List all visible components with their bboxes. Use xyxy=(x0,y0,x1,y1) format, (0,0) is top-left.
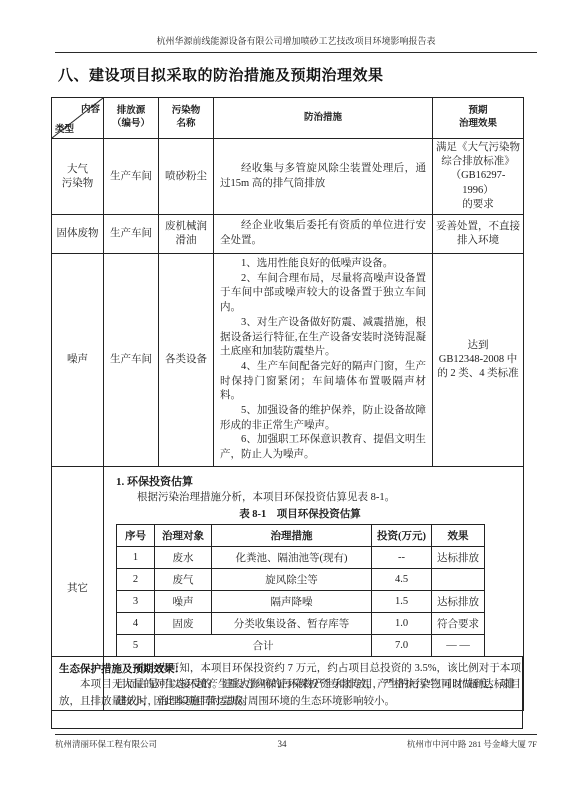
page-title: 八、建设项目拟采取的防治措施及预期治理效果 xyxy=(58,64,384,85)
noise-measure-5: 5、加强设备的维护保养，防止设备故障形成的非正常生产噪声。 xyxy=(220,404,426,433)
invest-cell: 固废 xyxy=(155,612,212,634)
row-noise: 噪声 生产车间 各类设备 1、选用性能良好的低噪声设备。 2、车间合理布局，尽量… xyxy=(52,254,524,467)
footer-address: 杭州市中河中路 281 号金峰大厦 7F xyxy=(407,738,537,750)
solid-measure-text: 经企业收集后委托有资质的单位进行安全处置。 xyxy=(220,219,426,248)
table-header-row: 内容 类型 排放源 （编号） 污染物 名称 防治措施 预期 治理效果 xyxy=(52,98,524,139)
invest-cell: 达标排放 xyxy=(432,546,485,568)
invest-table: 序号 治理对象 治理措施 投资(万元) 效果 1 废水 化粪池、隔油池等(现有)… xyxy=(116,524,485,657)
invest-row-wastegas: 2 废气 旋风除尘等 4.5 xyxy=(117,568,485,590)
invest-row-noise: 3 噪声 隔声降噪 1.5 达标排放 xyxy=(117,590,485,612)
invest-cell: -- xyxy=(372,546,432,568)
row-solid-waste: 固体废物 生产车间 废机械润 滑油 经企业收集后委托有资质的单位进行安全处置。 … xyxy=(52,215,524,254)
corner-header-cell: 内容 类型 xyxy=(52,98,104,139)
solid-type-label: 固体废物 xyxy=(52,215,104,254)
corner-label-content: 内容 xyxy=(81,101,100,115)
invest-section-intro: 根据污染治理措施分析，本项目环保投资估算见表 8-1。 xyxy=(116,490,520,506)
header-effect: 预期 治理效果 xyxy=(433,98,524,139)
invest-cell: 达标排放 xyxy=(432,590,485,612)
invest-cell xyxy=(432,568,485,590)
invest-table-caption: 表 8-1 项目环保投资估算 xyxy=(116,506,484,523)
air-measure-text: 经收集与多管旋风除尘装置处理后，通过15m 高的排气筒排放 xyxy=(220,162,426,191)
header-measures: 防治措施 xyxy=(214,98,433,139)
noise-measure-2: 2、车间合理布局，尽量将高噪声设备置于车间中部或噪声较大的设备置于独立车间内。 xyxy=(220,272,426,316)
eco-section-heading: 生态保护措施及预期效果： xyxy=(59,661,515,677)
invest-header-effect: 效果 xyxy=(432,524,485,546)
noise-measure-cell: 1、选用性能良好的低噪声设备。 2、车间合理布局，尽量将高噪声设备置于车间中部或… xyxy=(214,254,433,467)
invest-cell: 废水 xyxy=(155,546,212,568)
invest-header-measure: 治理措施 xyxy=(212,524,372,546)
invest-cell: 4.5 xyxy=(372,568,432,590)
air-pollutant: 喷砂粉尘 xyxy=(159,139,214,215)
noise-measure-4: 4、生产车间配备完好的隔声门窗，生产时保持门窗紧闭；车间墙体布置吸隔声材料。 xyxy=(220,360,426,404)
invest-header-row: 序号 治理对象 治理措施 投资(万元) 效果 xyxy=(117,524,485,546)
noise-measure-3: 3、对生产设备做好防震、减震措施，根据设备运行特征,在生产设备安装时浇铸混凝土底… xyxy=(220,316,426,360)
invest-header-no: 序号 xyxy=(117,524,155,546)
invest-cell: 分类收集设备、暂存库等 xyxy=(212,612,372,634)
solid-pollutant: 废机械润 滑油 xyxy=(159,215,214,254)
header-pollutant: 污染物 名称 xyxy=(159,98,214,139)
invest-cell: 4 xyxy=(117,612,155,634)
invest-total-amount: 7.0 xyxy=(372,634,432,656)
invest-total-effect: — — xyxy=(432,634,485,656)
invest-cell: 3 xyxy=(117,590,155,612)
invest-cell: 1.5 xyxy=(372,590,432,612)
invest-row-wastewater: 1 废水 化粪池、隔油池等(现有) -- 达标排放 xyxy=(117,546,485,568)
invest-cell: 5 xyxy=(117,634,155,656)
invest-cell: 旋风除尘等 xyxy=(212,568,372,590)
invest-cell: 化粪池、隔油池等(现有) xyxy=(212,546,372,568)
running-header: 杭州华源前线能源设备有限公司增加喷砂工艺技改项目环境影响报告表 xyxy=(55,34,537,53)
invest-header-target: 治理对象 xyxy=(155,524,212,546)
row-air-pollutant: 大气 污染物 生产车间 喷砂粉尘 经收集与多管旋风除尘装置处理后，通过15m 高… xyxy=(52,139,524,215)
invest-row-total: 5 合计 7.0 — — xyxy=(117,634,485,656)
invest-total-label: 合计 xyxy=(155,634,372,656)
noise-measure-6: 6、加强职工环保意识教育、提倡文明生产，防止人为噪声。 xyxy=(220,433,426,462)
footer-company: 杭州清丽环保工程有限公司 xyxy=(55,738,157,750)
invest-section-heading: 1. 环保投资估算 xyxy=(116,474,520,490)
invest-cell: 隔声降噪 xyxy=(212,590,372,612)
pollution-control-table: 内容 类型 排放源 （编号） 污染物 名称 防治措施 预期 治理效果 大气 污染… xyxy=(51,97,524,711)
invest-cell: 废气 xyxy=(155,568,212,590)
footer-page-number: 34 xyxy=(277,739,286,749)
noise-type-label: 噪声 xyxy=(52,254,104,467)
solid-effect: 妥善处置，不直接 排入环境 xyxy=(433,215,524,254)
running-footer: 杭州清丽环保工程有限公司 34 杭州市中河中路 281 号金峰大厦 7F xyxy=(55,734,537,750)
noise-effect: 达到 GB12348-2008 中 的 2 类、4 类标准 xyxy=(433,254,524,467)
air-effect: 满足《大气污染物 综合排放标准》 （GB16297-1996） 的要求 xyxy=(433,139,524,215)
invest-cell: 1.0 xyxy=(372,612,432,634)
solid-measure-cell: 经企业收集后委托有资质的单位进行安全处置。 xyxy=(214,215,433,254)
air-source: 生产车间 xyxy=(104,139,159,215)
invest-header-amount: 投资(万元) xyxy=(372,524,432,546)
corner-label-type: 类型 xyxy=(55,121,74,135)
noise-pollutant: 各类设备 xyxy=(159,254,214,467)
document-page: 杭州华源前线能源设备有限公司增加喷砂工艺技改项目环境影响报告表 八、建设项目拟采… xyxy=(0,0,565,798)
solid-source: 生产车间 xyxy=(104,215,159,254)
noise-measure-1: 1、选用性能良好的低噪声设备。 xyxy=(220,257,426,272)
noise-source: 生产车间 xyxy=(104,254,159,467)
invest-row-solid: 4 固废 分类收集设备、暂存库等 1.0 符合要求 xyxy=(117,612,485,634)
eco-section-body: 本项目无大量的对生态环境产生重大影响的污染物产生和排放，产生的污染物可以做到达标… xyxy=(59,677,515,710)
air-type-label: 大气 污染物 xyxy=(52,139,104,215)
header-source: 排放源 （编号） xyxy=(104,98,159,139)
invest-cell: 噪声 xyxy=(155,590,212,612)
air-measure-cell: 经收集与多管旋风除尘装置处理后，通过15m 高的排气筒排放 xyxy=(214,139,433,215)
invest-cell: 1 xyxy=(117,546,155,568)
eco-protection-section: 生态保护措施及预期效果： 本项目无大量的对生态环境产生重大影响的污染物产生和排放… xyxy=(51,656,523,729)
invest-cell: 符合要求 xyxy=(432,612,485,634)
invest-cell: 2 xyxy=(117,568,155,590)
